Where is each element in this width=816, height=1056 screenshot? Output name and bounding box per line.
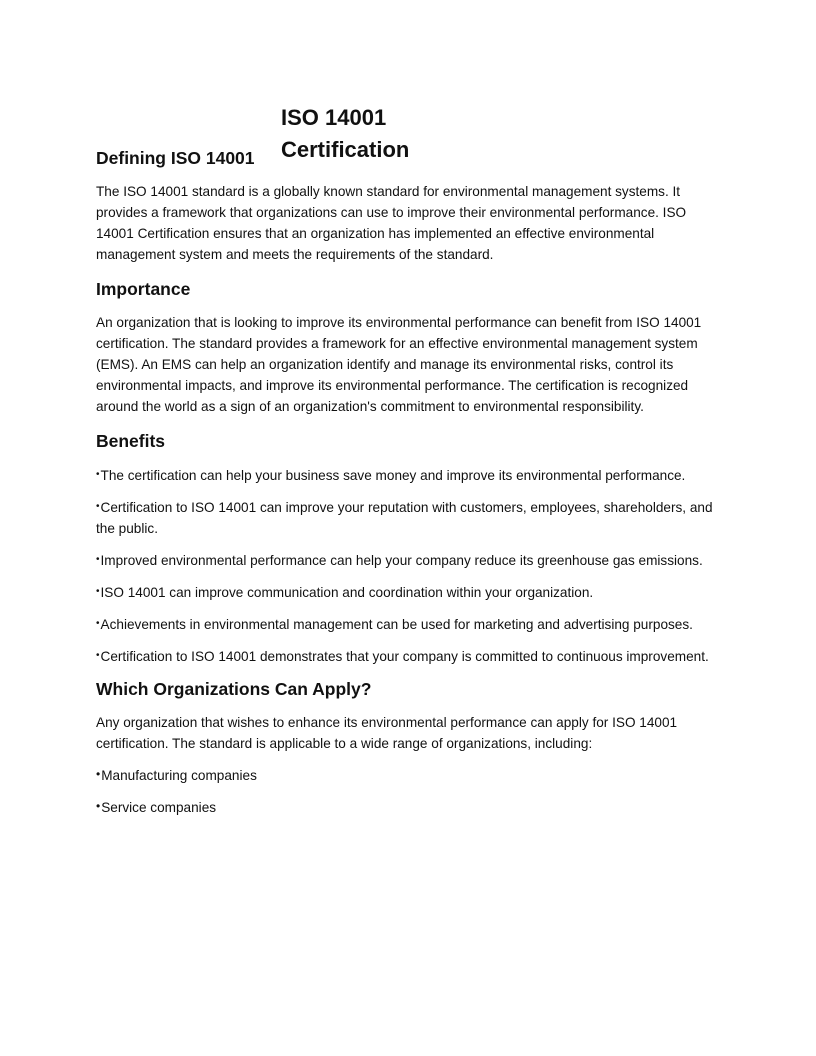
bullet-icon: • [96, 618, 100, 629]
list-item-text: ISO 14001 can improve communication and … [101, 585, 594, 600]
organizations-list: •Manufacturing companies •Service compan… [96, 764, 726, 818]
list-item: •Manufacturing companies [96, 764, 726, 786]
section-importance: Importance An organization that is looki… [96, 277, 726, 417]
list-item-text: Improved environmental performance can h… [101, 553, 703, 568]
section-paragraph-defining: The ISO 14001 standard is a globally kno… [96, 181, 726, 265]
list-item-text: Manufacturing companies [101, 768, 257, 783]
section-heading-defining: Defining ISO 14001 [96, 146, 726, 170]
list-item-text: Certification to ISO 14001 can improve y… [96, 500, 713, 536]
benefits-list: •The certification can help your busines… [96, 464, 726, 667]
section-who-can-apply: Which Organizations Can Apply? Any organ… [96, 677, 726, 818]
document-page: ISO 14001 Certification Defining ISO 140… [0, 0, 816, 1056]
list-item-text: Service companies [101, 800, 216, 815]
list-item-text: The certification can help your business… [101, 468, 686, 483]
document-body: Defining ISO 14001 The ISO 14001 standar… [96, 146, 726, 828]
section-paragraph-importance: An organization that is looking to impro… [96, 312, 726, 417]
bullet-icon: • [96, 501, 100, 512]
section-heading-benefits: Benefits [96, 429, 726, 453]
list-item-text: Achievements in environmental management… [101, 617, 693, 632]
list-item-text: Certification to ISO 14001 demonstrates … [101, 649, 709, 664]
document-title-line-1: ISO 14001 [281, 102, 481, 134]
bullet-icon: • [96, 469, 100, 480]
list-item: •ISO 14001 can improve communication and… [96, 581, 726, 603]
list-item: •The certification can help your busines… [96, 464, 726, 486]
list-item: •Certification to ISO 14001 can improve … [96, 496, 726, 539]
section-paragraph-who-can-apply: Any organization that wishes to enhance … [96, 712, 726, 754]
list-item: •Service companies [96, 796, 726, 818]
bullet-icon: • [96, 586, 100, 597]
section-heading-importance: Importance [96, 277, 726, 301]
section-heading-who-can-apply: Which Organizations Can Apply? [96, 677, 726, 701]
list-item: •Achievements in environmental managemen… [96, 613, 726, 635]
bullet-icon: • [96, 767, 100, 781]
list-item: •Improved environmental performance can … [96, 549, 726, 571]
bullet-icon: • [96, 650, 100, 661]
section-defining: Defining ISO 14001 The ISO 14001 standar… [96, 146, 726, 265]
bullet-icon: • [96, 799, 100, 813]
list-item: •Certification to ISO 14001 demonstrates… [96, 645, 726, 667]
bullet-icon: • [96, 554, 100, 565]
section-benefits: Benefits •The certification can help you… [96, 429, 726, 667]
